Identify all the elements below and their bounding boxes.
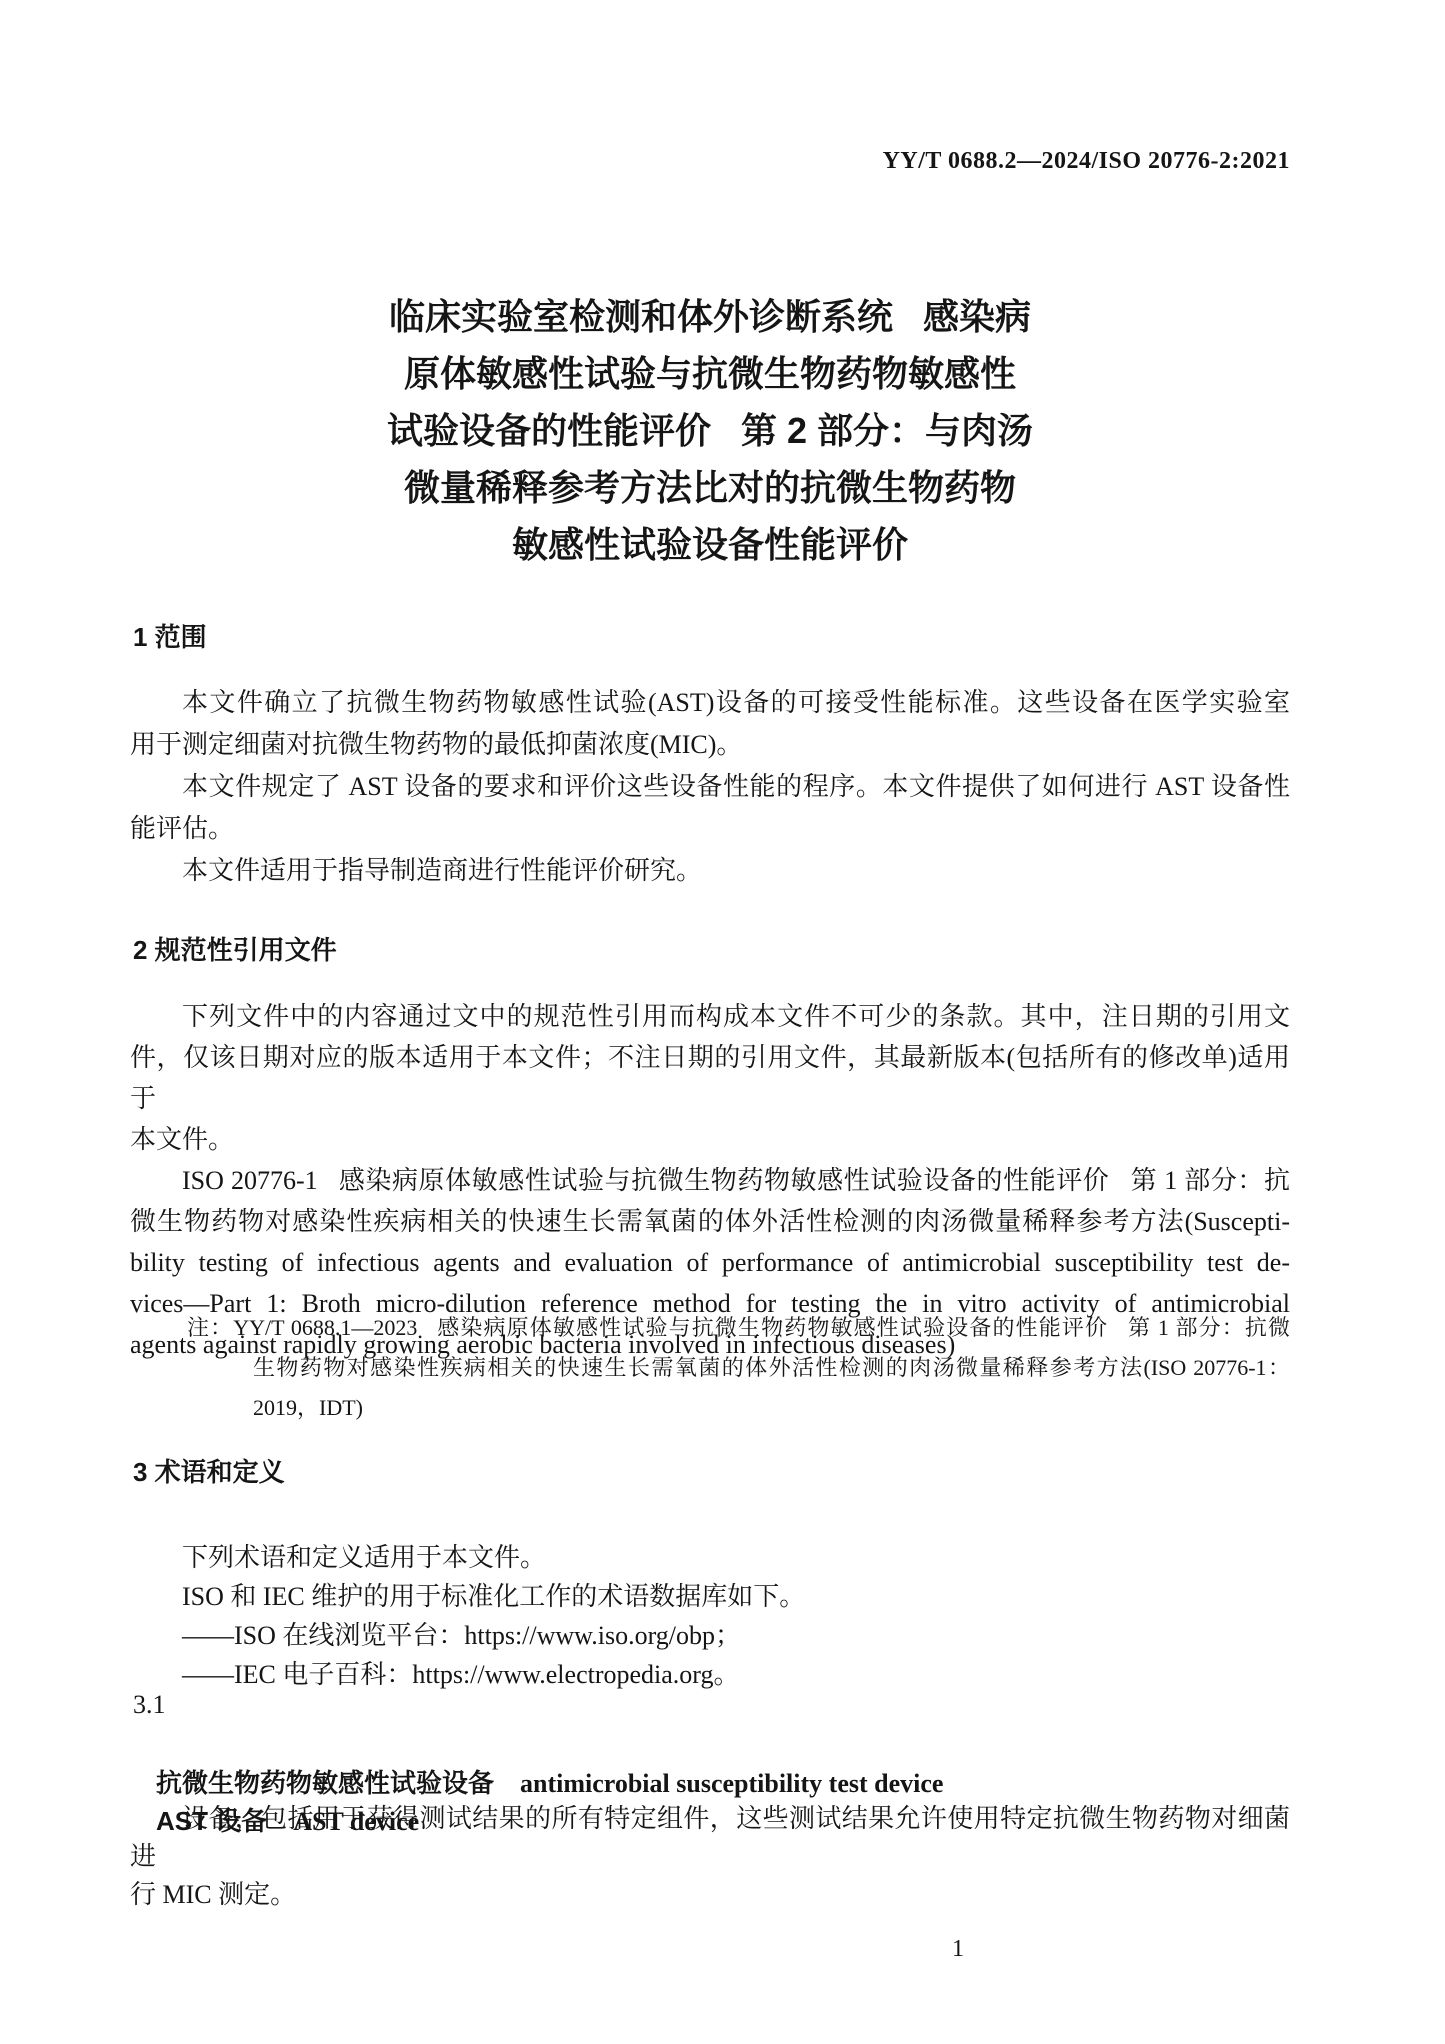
definition-line: 设备，包括用于获得测试结果的所有特定组件，这些测试结果允许使用特定抗微生物药物对… xyxy=(130,1800,1290,1876)
paragraph-line: 件，仅该日期对应的版本适用于本文件；不注日期的引用文件，其最新版本(包括所有的修… xyxy=(130,1037,1290,1119)
section-normative-references-heading: 2 规范性引用文件 xyxy=(130,930,1293,967)
paragraph-line: 本文件规定了 AST 设备的要求和评价这些设备性能的程序。本文件提供了如何进行 … xyxy=(130,766,1290,808)
reference-line-english: bility testing of infectious agents and … xyxy=(130,1242,1290,1283)
title-line-3: 试验设备的性能评价 第 2 部分：与肉汤 xyxy=(130,402,1290,459)
paragraph-line: ISO 和 IEC 维护的用于标准化工作的术语数据库如下。 xyxy=(130,1577,1290,1616)
title-line-4: 微量稀释参考方法比对的抗微生物药物 xyxy=(130,459,1290,516)
standard-number-header: YY/T 0688.2—2024/ISO 20776-2:2021 xyxy=(130,148,1290,175)
clause-number-3-1: 3.1 xyxy=(130,1690,1293,1720)
reference-line: 微生物药物对感染性疾病相关的快速生长需氧菌的体外活性检测的肉汤微量稀释参考方法(… xyxy=(130,1201,1290,1242)
paragraph-line: 本文件。 xyxy=(130,1119,1290,1160)
note-line: 2019，IDT) xyxy=(253,1388,1290,1428)
title-line-5: 敏感性试验设备性能评价 xyxy=(130,516,1290,573)
paragraph-line: 本文件适用于指导制造商进行性能评价研究。 xyxy=(130,850,1290,892)
section-scope-heading: 1 范围 xyxy=(130,617,1293,654)
reference-line: ISO 20776-1 感染病原体敏感性试验与抗微生物药物敏感性试验设备的性能评… xyxy=(130,1160,1290,1201)
section-terms-intro: 下列术语和定义适用于本文件。 ISO 和 IEC 维护的用于标准化工作的术语数据… xyxy=(130,1538,1290,1694)
definition-line: 行 MIC 测定。 xyxy=(130,1876,1290,1914)
note-line: 注：YY/T 0688.1—2023 感染病原体敏感性试验与抗微生物药物敏感性试… xyxy=(187,1308,1290,1348)
paragraph-line: 本文件确立了抗微生物药物敏感性试验(AST)设备的可接受性能标准。这些设备在医学… xyxy=(130,682,1290,724)
paragraph-line: 能评估。 xyxy=(130,808,1290,850)
term-definition: 设备，包括用于获得测试结果的所有特定组件，这些测试结果允许使用特定抗微生物药物对… xyxy=(130,1800,1290,1914)
title-line-2: 原体敏感性试验与抗微生物药物敏感性 xyxy=(130,345,1290,402)
page-number: 1 xyxy=(938,1936,978,1963)
reference-note: 注：YY/T 0688.1—2023 感染病原体敏感性试验与抗微生物药物敏感性试… xyxy=(130,1308,1290,1428)
paragraph-line: 下列术语和定义适用于本文件。 xyxy=(130,1538,1290,1577)
title-line-1: 临床实验室检测和体外诊断系统 感染病 xyxy=(130,288,1290,345)
document-title: 临床实验室检测和体外诊断系统 感染病 原体敏感性试验与抗微生物药物敏感性 试验设… xyxy=(130,288,1290,573)
document-page: YY/T 0688.2—2024/ISO 20776-2:2021 临床实验室检… xyxy=(0,0,1445,2044)
paragraph-line: 下列文件中的内容通过文中的规范性引用而构成本文件不可少的条款。其中，注日期的引用… xyxy=(130,996,1290,1037)
note-line: 生物药物对感染性疾病相关的快速生长需氧菌的体外活性检测的肉汤微量稀释参考方法(I… xyxy=(253,1348,1290,1388)
list-item-iso-obp: ——ISO 在线浏览平台：https://www.iso.org/obp； xyxy=(130,1616,1290,1655)
section-scope-body: 本文件确立了抗微生物药物敏感性试验(AST)设备的可接受性能标准。这些设备在医学… xyxy=(130,682,1290,892)
section-terms-heading: 3 术语和定义 xyxy=(130,1452,1293,1489)
paragraph-line: 用于测定细菌对抗微生物药物的最低抑菌浓度(MIC)。 xyxy=(130,724,1290,766)
list-item-iec-electropedia: ——IEC 电子百科：https://www.electropedia.org。 xyxy=(130,1655,1290,1694)
